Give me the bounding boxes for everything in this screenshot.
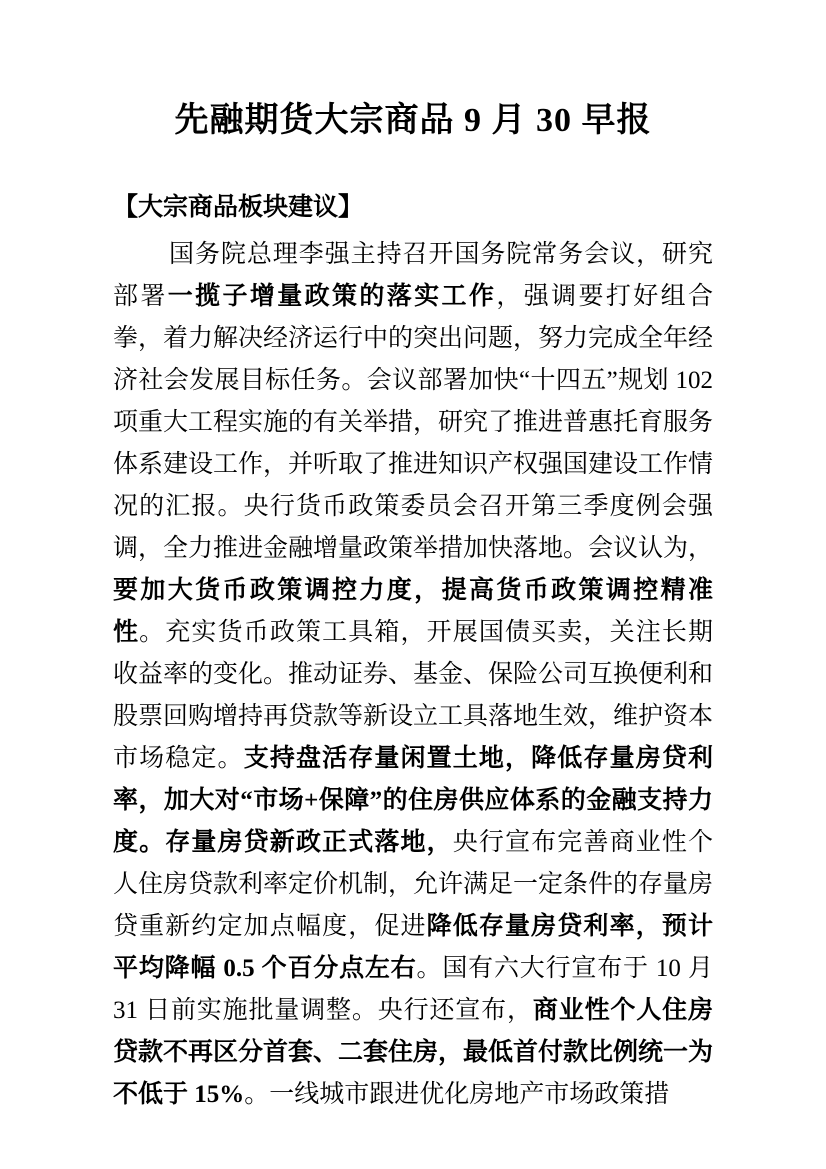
text-run-bold: 一揽子增量政策的落实工作 [168, 283, 497, 310]
page-title: 先融期货大宗商品 9 月 30 早报 [113, 100, 713, 142]
text-run: 。一线城市跟进优化房地产市场政策措 [244, 1081, 669, 1108]
body-paragraph: 国务院总理李强主持召开国务院常务会议，研究部署一揽子增量政策的落实工作，强调要打… [113, 234, 713, 1116]
document-page: 先融期货大宗商品 9 月 30 早报 【大宗商品板块建议】 国务院总理李强主持召… [0, 0, 826, 1169]
section-heading: 【大宗商品板块建议】 [113, 192, 713, 224]
text-run: ，强调要打好组合拳，着力解决经济运行中的突出问题，努力完成全年经济社会发展目标任… [113, 283, 713, 562]
